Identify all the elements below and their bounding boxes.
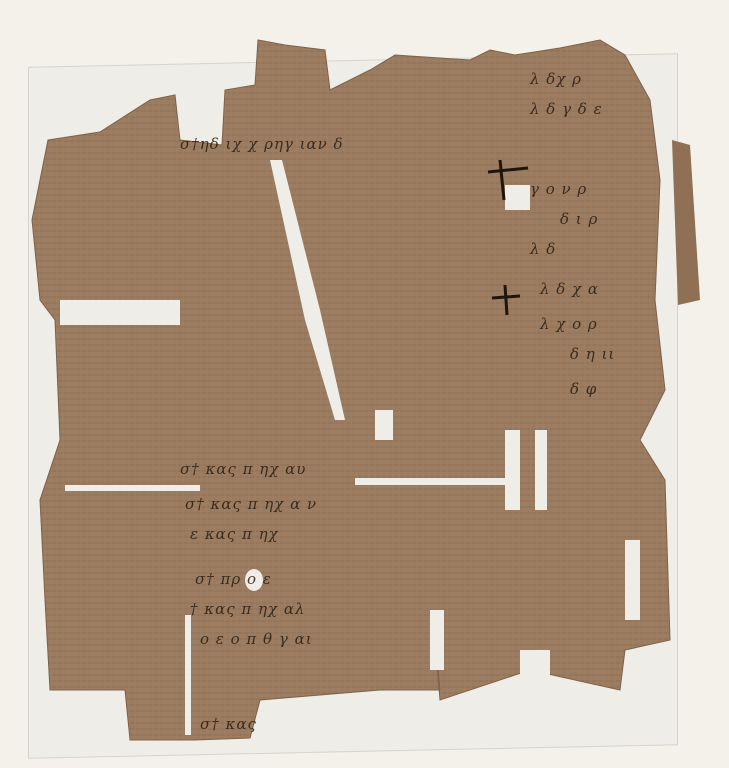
ink-line: λ δ γ δ ε: [530, 100, 603, 118]
ink-line: σ† κας π ηχ αυ: [180, 460, 306, 478]
ink-line: σ†ηδ ιχ χ ρηγ ιαν δ: [180, 135, 344, 153]
ink-line: σ† κας π ηχ α ν: [185, 495, 317, 513]
ink-line: δ φ: [570, 380, 597, 398]
ink-line: σ† κας: [200, 715, 257, 733]
ink-line: δ ι ρ: [560, 210, 598, 228]
ink-line: λ δχ ρ: [530, 70, 582, 88]
ink-line: δ η ιι: [570, 345, 615, 363]
ink-line: λ χ ο ρ: [540, 315, 598, 333]
ink-line: ο ε ο π θ γ αι: [200, 630, 313, 648]
ink-line: σ† πρ ο ε: [195, 570, 272, 588]
ink-line: γ ο ν ρ: [530, 180, 587, 198]
ink-line: λ δ: [530, 240, 556, 258]
ink-line: λ δ χ α: [540, 280, 599, 298]
ink-line: † κας π ηχ αλ: [190, 600, 306, 618]
papyrus-fragment: [0, 0, 729, 768]
ink-line: ε κας π ηχ: [190, 525, 279, 543]
